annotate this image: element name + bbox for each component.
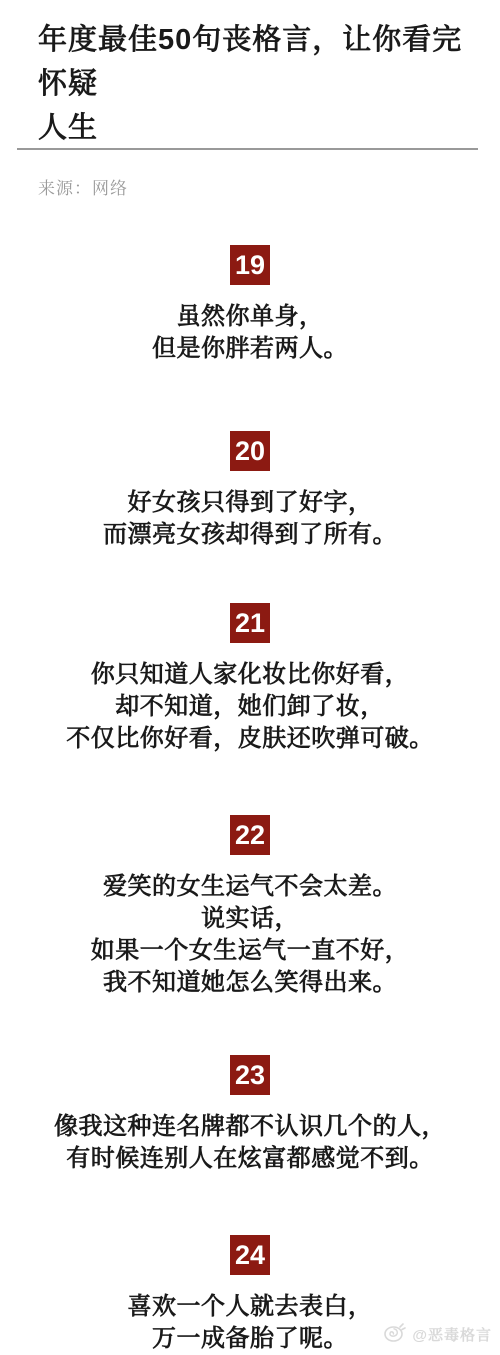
quote-text: 虽然你单身， 但是你胖若两人。 [0,301,500,365]
quote-text: 像我这种连名牌都不认识几个的人， 有时候连别人在炫富都感觉不到。 [0,1111,500,1175]
quote-line: 我不知道她怎么笑得出来。 [0,967,500,999]
quote-section-22: 22 爱笑的女生运气不会太差。 说实话， 如果一个女生运气一直不好， 我不知道她… [0,815,500,999]
page-title: 年度最佳50句丧格言，让你看完怀疑 人生 [38,18,482,150]
quote-line: 虽然你单身， [0,301,500,333]
watermark-logo-icon [382,1319,408,1349]
quote-section-23: 23 像我这种连名牌都不认识几个的人， 有时候连别人在炫富都感觉不到。 [0,1055,500,1175]
quote-text: 爱笑的女生运气不会太差。 说实话， 如果一个女生运气一直不好， 我不知道她怎么笑… [0,871,500,999]
watermark-text: @恶毒格言 [412,1324,492,1345]
watermark: @恶毒格言 [382,1319,492,1349]
quote-text: 你只知道人家化妆比你好看， 却不知道，她们卸了妆， 不仅比你好看，皮肤还吹弹可破… [0,659,500,755]
quote-line: 说实话， [0,903,500,935]
page-header: 年度最佳50句丧格言，让你看完怀疑 人生 来源：网络 [0,18,500,199]
quote-number-badge: 20 [230,431,270,471]
title-line: 年度最佳50句丧格言，让你看完怀疑 [38,18,482,106]
quote-number-badge: 24 [230,1235,270,1275]
quote-number-badge: 23 [230,1055,270,1095]
quote-line: 像我这种连名牌都不认识几个的人， [0,1111,500,1143]
quote-line: 却不知道，她们卸了妆， [0,691,500,723]
quote-line: 好女孩只得到了好字， [0,487,500,519]
quote-line: 爱笑的女生运气不会太差。 [0,871,500,903]
source-label: 来源：网络 [38,174,500,199]
quote-line: 不仅比你好看，皮肤还吹弹可破。 [0,723,500,755]
quote-number-badge: 21 [230,603,270,643]
quote-number-badge: 19 [230,245,270,285]
title-line: 人生 [38,106,482,150]
quote-section-21: 21 你只知道人家化妆比你好看， 却不知道，她们卸了妆， 不仅比你好看，皮肤还吹… [0,603,500,755]
quote-line: 你只知道人家化妆比你好看， [0,659,500,691]
quote-section-20: 20 好女孩只得到了好字， 而漂亮女孩却得到了所有。 [0,431,500,551]
quote-number-badge: 22 [230,815,270,855]
quote-line: 如果一个女生运气一直不好， [0,935,500,967]
quote-text: 好女孩只得到了好字， 而漂亮女孩却得到了所有。 [0,487,500,551]
quote-line: 但是你胖若两人。 [0,333,500,365]
quote-section-19: 19 虽然你单身， 但是你胖若两人。 [0,245,500,365]
quote-line: 有时候连别人在炫富都感觉不到。 [0,1143,500,1175]
quote-line: 而漂亮女孩却得到了所有。 [0,519,500,551]
